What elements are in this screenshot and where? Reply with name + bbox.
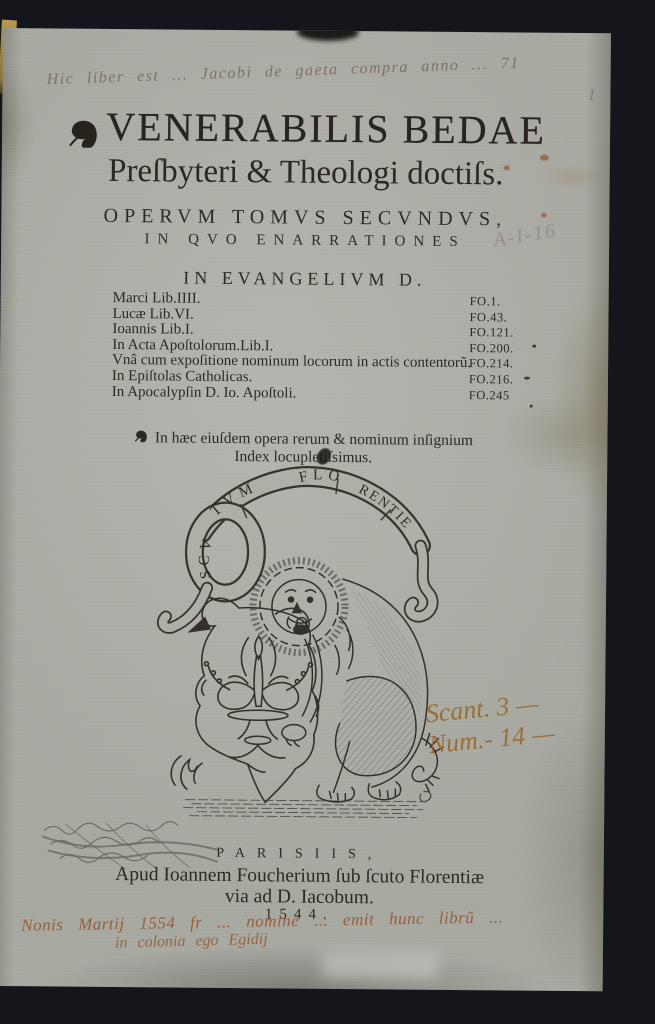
hedera-leaf-icon	[66, 119, 100, 152]
edge-smudge-stain	[297, 28, 359, 41]
work-title: In Epiſtolas Catholicas.	[112, 368, 253, 385]
work-title: In Apocalypſin D. Io. Apoſtoli.	[112, 384, 297, 402]
work-title: Ioannis Lib.I.	[112, 321, 193, 338]
foxing-spot	[541, 213, 546, 218]
page-scan: Hic liber est ... Jacobi de gaeta compra…	[0, 0, 655, 1024]
foxing-spot	[504, 165, 510, 170]
book-page: Hic liber est ... Jacobi de gaeta compra…	[0, 28, 611, 991]
ink-fleck	[530, 405, 533, 408]
title-row: VENERABILIS BEDAE	[2, 102, 610, 157]
foxing-spot	[540, 155, 549, 161]
pencil-page-number: 1	[587, 85, 596, 105]
folio-number: FO.200.	[469, 341, 514, 356]
section-heading: IN EVANGELIVM D.	[1, 266, 609, 292]
folio-number: FO.1.	[470, 294, 501, 309]
subtitle: Preſbyteri & Theologi doctiſs.	[2, 152, 610, 194]
ink-fleck	[532, 345, 536, 348]
ownership-inscription: Hic liber est ... Jacobi de gaeta compra…	[46, 54, 546, 89]
main-title: VENERABILIS BEDAE	[106, 104, 546, 153]
work-title: Lucæ Lib.VI.	[112, 306, 193, 323]
lion-figure	[251, 560, 445, 803]
ink-fleck	[524, 377, 530, 380]
ground-hatching	[183, 789, 431, 817]
folio-number: FO.43.	[469, 310, 507, 325]
purchase-note-line-2: in colonia ego Egidij	[115, 931, 268, 953]
folio-number: FO.245	[469, 388, 510, 403]
contents-row: In Apocalypſin D. Io. Apoſtoli. FO.245	[112, 384, 611, 404]
work-title: In Acta Apoſtolorum.Lib.I.	[112, 337, 273, 354]
scan-blur-artifact	[323, 953, 438, 980]
folio-number: FO.214.	[469, 356, 514, 371]
shelf-number-annotation: Scant. 3 — Num.- 14 —	[424, 686, 556, 760]
folio-number: FO.216.	[469, 372, 514, 387]
work-title: Marci Lib.IIII.	[113, 290, 201, 307]
folio-number: FO.121.	[469, 325, 514, 340]
printers-device-woodcut: SCV TVM FLO RENTIE	[87, 437, 455, 825]
